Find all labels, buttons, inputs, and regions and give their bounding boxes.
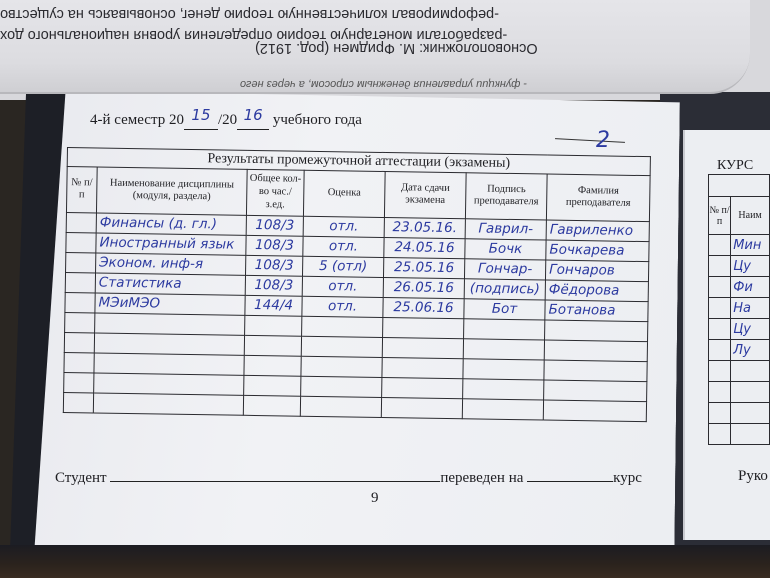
right-cell-num <box>709 277 731 298</box>
semester-line: 4-й семестр 2015/2016 учебного года <box>90 110 362 130</box>
right-page-footer: Руко <box>738 468 768 485</box>
year-start-handwritten: 15 <box>191 106 210 124</box>
cell-num <box>66 212 96 232</box>
cell-signature: Гаврил- <box>465 219 546 240</box>
cell-grade <box>301 356 382 377</box>
right-cell-name <box>731 403 770 424</box>
cell-num <box>65 292 95 312</box>
handout-line: Основоположник: М. Фридмен (род. 1912) <box>255 40 538 56</box>
cell-signature: Бочк <box>465 239 546 260</box>
cell-num <box>65 312 95 332</box>
right-cell-name <box>731 424 770 445</box>
right-cell-name: Мин <box>731 235 770 256</box>
cell-signature <box>462 399 543 420</box>
cell-hours: 108/3 <box>246 235 303 256</box>
right-cell-name: Фи <box>731 277 770 298</box>
page-number: 9 <box>371 490 379 507</box>
cell-grade <box>302 316 383 337</box>
student-label: Студент <box>55 470 107 486</box>
cell-teacher <box>544 360 647 382</box>
col-header-num: № п/п <box>66 166 97 212</box>
col-header-date: Дата сдачи экзамена <box>384 171 466 218</box>
right-table-row: Цу <box>709 256 770 277</box>
col-header-hours: Общее кол-во час./з.ед. <box>246 169 304 216</box>
right-table-row: Цу <box>709 319 770 340</box>
cell-name <box>95 313 245 335</box>
cell-teacher <box>545 320 648 342</box>
semester-prefix: 4-й семестр 20 <box>90 112 184 128</box>
right-cell-num <box>709 340 731 361</box>
cell-grade: отл. <box>303 216 384 237</box>
student-name-field <box>110 466 440 482</box>
cell-name <box>94 333 244 355</box>
right-table-row <box>709 382 770 403</box>
cell-num <box>64 372 94 392</box>
folded-handout: -реформировал количественную теорию дене… <box>0 0 750 94</box>
right-cell-name: Цу <box>731 256 770 277</box>
right-cell-num <box>709 403 731 424</box>
right-page-table: № п/п Наим МинЦуФиНаЦуЛу <box>708 174 770 445</box>
right-cell-name: Лу <box>731 340 770 361</box>
cell-name: МЭиМЭО <box>95 293 245 315</box>
cell-teacher: Гончаров <box>545 260 648 282</box>
cell-date <box>382 357 463 378</box>
cell-hours <box>245 315 302 336</box>
right-cell-num <box>709 256 731 277</box>
cell-grade <box>300 396 381 417</box>
right-cell-num <box>709 298 731 319</box>
cell-hours <box>244 375 301 396</box>
sheet-mark-handwritten: 2 <box>596 128 610 153</box>
right-table-row <box>709 361 770 382</box>
cell-num <box>64 332 94 352</box>
cell-date: 26.05.16 <box>383 277 464 298</box>
cell-teacher: Фёдорова <box>545 280 648 302</box>
cell-name: Финансы (д. гл.) <box>96 213 246 235</box>
cell-date: 25.06.16 <box>383 297 464 318</box>
year-end-handwritten: 16 <box>244 106 263 124</box>
cell-hours: 108/3 <box>246 215 303 236</box>
cell-hours <box>243 395 300 416</box>
right-col-header-name: Наим <box>731 197 770 235</box>
right-table-row <box>709 424 770 445</box>
cell-grade: отл. <box>303 236 384 257</box>
right-cell-num <box>709 235 731 256</box>
year-separator: /20 <box>218 112 237 128</box>
col-header-signature: Подпись преподавателя <box>465 173 547 220</box>
right-cell-num <box>709 319 731 340</box>
cell-grade: отл. <box>302 276 383 297</box>
cell-teacher <box>543 400 646 422</box>
right-cell-name <box>731 361 770 382</box>
cell-num <box>63 392 93 412</box>
cell-num <box>66 232 96 252</box>
cell-name <box>94 353 244 375</box>
cell-signature: (подпись) <box>464 279 545 300</box>
cell-num <box>64 352 94 372</box>
cell-hours: 108/3 <box>245 275 302 296</box>
cell-hours: 144/4 <box>245 295 302 316</box>
cell-name <box>93 393 243 415</box>
desk-surface-bottom <box>0 545 770 578</box>
right-cell-name <box>731 382 770 403</box>
cell-name: Статистика <box>95 273 245 295</box>
cell-signature <box>463 379 544 400</box>
cell-grade <box>301 336 382 357</box>
cell-name: Иностранный язык <box>96 233 246 255</box>
cell-teacher: Ботанова <box>545 300 648 322</box>
year-start-field: 15 <box>184 110 218 130</box>
right-cell-num <box>709 424 731 445</box>
right-col-header-num: № п/п <box>709 197 731 235</box>
cell-signature: Бот <box>464 299 545 320</box>
cell-date <box>383 317 464 338</box>
cell-date: 23.05.16. <box>384 217 465 238</box>
right-table-row: На <box>709 298 770 319</box>
cell-teacher <box>544 380 647 402</box>
cell-signature <box>464 319 545 340</box>
transfer-line: Студент переведен на курс <box>55 466 642 487</box>
cell-num <box>66 252 96 272</box>
cell-num <box>65 272 95 292</box>
cell-date <box>381 397 462 418</box>
right-title-cell <box>709 175 770 197</box>
cell-signature: Гончар- <box>464 259 545 280</box>
cell-grade: отл. <box>302 296 383 317</box>
cell-hours <box>244 355 301 376</box>
col-header-name: Наименование дисциплины (модуля, раздела… <box>96 167 247 215</box>
cell-grade: 5 (отл) <box>303 256 384 277</box>
right-page-title: КУРС <box>717 158 753 174</box>
right-cell-name: На <box>731 298 770 319</box>
cell-name <box>94 373 244 395</box>
course-label: курс <box>613 470 642 486</box>
cell-signature <box>463 359 544 380</box>
year-end-field: 16 <box>237 110 269 130</box>
col-header-grade: Оценка <box>303 170 385 217</box>
cell-hours <box>244 335 301 356</box>
handout-line: - функции управления денежным спросом, а… <box>240 78 527 90</box>
cell-teacher <box>544 340 647 362</box>
right-table-row: Лу <box>709 340 770 361</box>
cell-date <box>382 377 463 398</box>
right-table-row <box>709 403 770 424</box>
cell-signature <box>463 339 544 360</box>
transferred-label: переведен на <box>440 470 523 486</box>
cell-grade <box>301 376 382 397</box>
handout-line: -реформировал количественную теорию дене… <box>0 6 499 22</box>
cell-date: 24.05.16 <box>384 237 465 258</box>
right-cell-num <box>709 382 731 403</box>
cell-date <box>382 337 463 358</box>
right-table-row: Фи <box>709 277 770 298</box>
cell-teacher: Бочкарева <box>546 240 649 262</box>
right-table-row: Мин <box>709 235 770 256</box>
course-field <box>527 466 613 482</box>
cell-name: Эконом. инф-я <box>96 253 246 275</box>
cell-date: 25.05.16 <box>383 257 464 278</box>
semester-suffix: учебного года <box>273 112 362 128</box>
col-header-teacher: Фамилия преподавателя <box>546 174 650 222</box>
right-cell-name: Цу <box>731 319 770 340</box>
cell-teacher: Гавриленко <box>546 220 649 242</box>
exam-results-table: Результаты промежуточной аттестации (экз… <box>63 147 651 422</box>
right-cell-num <box>709 361 731 382</box>
cell-hours: 108/3 <box>246 255 303 276</box>
